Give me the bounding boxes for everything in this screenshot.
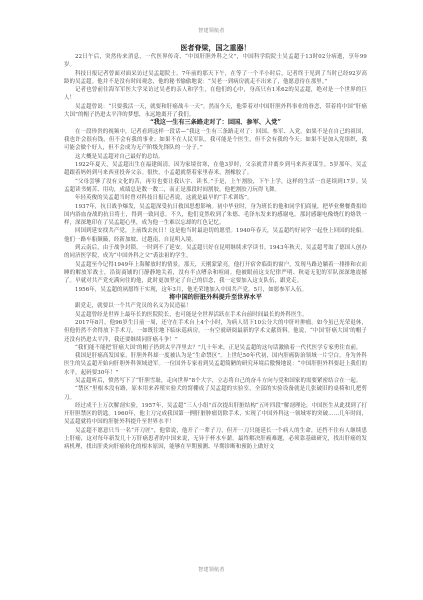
- paragraph: “父母尝够了没有文化的苦，再穷也要让我认字、读书。”于是，上午割胶，下午上学，这…: [64, 178, 367, 195]
- paragraph: “禁区”里根本没有路，原本用来养殖实验犬的窝棚成了吴孟超的实验室，全部的实验设备…: [64, 385, 367, 402]
- paragraph: “我们能不能把‘肝癌大国’的帽子扔到太平洋里去？”几十年来，正是吴孟超的这句话激…: [64, 344, 367, 352]
- paragraph: 年轻英俊的吴孟超当时曾对科技日报记者说，这就是最早的“手术训练”。: [64, 194, 367, 202]
- paragraph: 22日午后，突然传来消息，一代医界传奇、“中国肝胆外科之父”，中国科学院院士吴孟…: [64, 53, 367, 70]
- paragraph: 1922年夏天，吴孟超出生在福建闽清。因为家境贫寒，在他3岁时，父亲就背井离乡到…: [64, 161, 367, 178]
- article-blocks: 22日午后，突然传来消息，一代医界传奇、“中国肝胆外科之父”，中国科学院院士吴孟…: [64, 53, 367, 452]
- paragraph: 回国到延安找共产党，上前线去抗日！这是他当时最迫切的愿望。1940年春天，吴孟超…: [64, 227, 367, 244]
- section-heading: “我这一生有三条路走对了：回国、参军、入党”: [64, 119, 367, 128]
- paragraph: 经过成千上万次解剖实验，1957年，吴孟超“三人小组”首次提出肝脏结构“五叶四段…: [64, 402, 367, 427]
- paragraph: 吴孟超不愿意只当一名“开刀匠”，他常说，他开了一辈子刀，但开一刀只能延长一个病人…: [64, 427, 367, 452]
- paragraph: 吴孟超至今记得1949年上海解放时的情景。那天，天刚蒙蒙亮，他打开宿舍临街的窗户…: [64, 261, 367, 286]
- article-body: 医者脊梁，国之重器！ 22日午后，突然传来消息，一代医界传奇、“中国肝胆外科之父…: [64, 42, 367, 452]
- section-heading: 将中国的肝脏外科提升至世界水平: [64, 294, 367, 303]
- paragraph: 跟党走，就要以一个共产党员的名义为民造福！: [64, 302, 367, 310]
- paragraph: 到云南后，由于战争封锁，一时到不了延安。吴孟超只好在昆明继续求学读书。1943年…: [64, 244, 367, 261]
- paragraph: 1937年，抗日战争爆发，吴孟超深受抗日救国思想影响。初中毕业时，身为班长的他和…: [64, 203, 367, 228]
- paragraph: 吴孟超曾经是世界上最年长的医院院长，也可能是全世界活跃在手术台前时间最长的外科医…: [64, 311, 367, 319]
- paragraph: 2017年8月，他96岁生日前一周，还守在手术台上4个小时，为病人切下10公分大…: [64, 319, 367, 344]
- page-header: 智建领航者: [0, 27, 423, 34]
- paragraph: 1956年，吴孟超的夙愿终于实现，这年3月，他光荣地加入中国共产党。5月，如愿参…: [64, 286, 367, 294]
- paragraph: 我国是肝癌高发国家，肝胆外科却一度被认为是“生命禁区”。上世纪50年代初，国内肝…: [64, 352, 367, 377]
- page-footer: 智建领航者: [0, 566, 423, 573]
- paragraph: 吴孟超曾说：“只要我活一天，就要和肝癌战斗一天”。然而今天，他带着对中国肝胆外科…: [64, 103, 367, 120]
- paragraph: 吴孟超听后，愤然写下了“肝胆雪耻，走向世界”8个大字，立志将自己的奋斗方向与党和…: [64, 377, 367, 385]
- article-title: 医者脊梁，国之重器！: [64, 43, 367, 52]
- paragraph: 这大概是吴孟超对自己最好的总结。: [64, 153, 367, 161]
- paragraph: 记者也曾前往海军军医大学采访过吴老的亲人和学生，在他们的心中，身高只有1米62的…: [64, 86, 367, 103]
- paragraph: 在一段珍贵的视频中，记者看到这样一段话—“我这一生有三条路走对了：回国、参军、入…: [64, 128, 367, 153]
- paragraph: 科技日报记者曾面对面采访过吴孟超院士。7年前的那天下午，在等了一个半小时后，记者…: [64, 70, 367, 87]
